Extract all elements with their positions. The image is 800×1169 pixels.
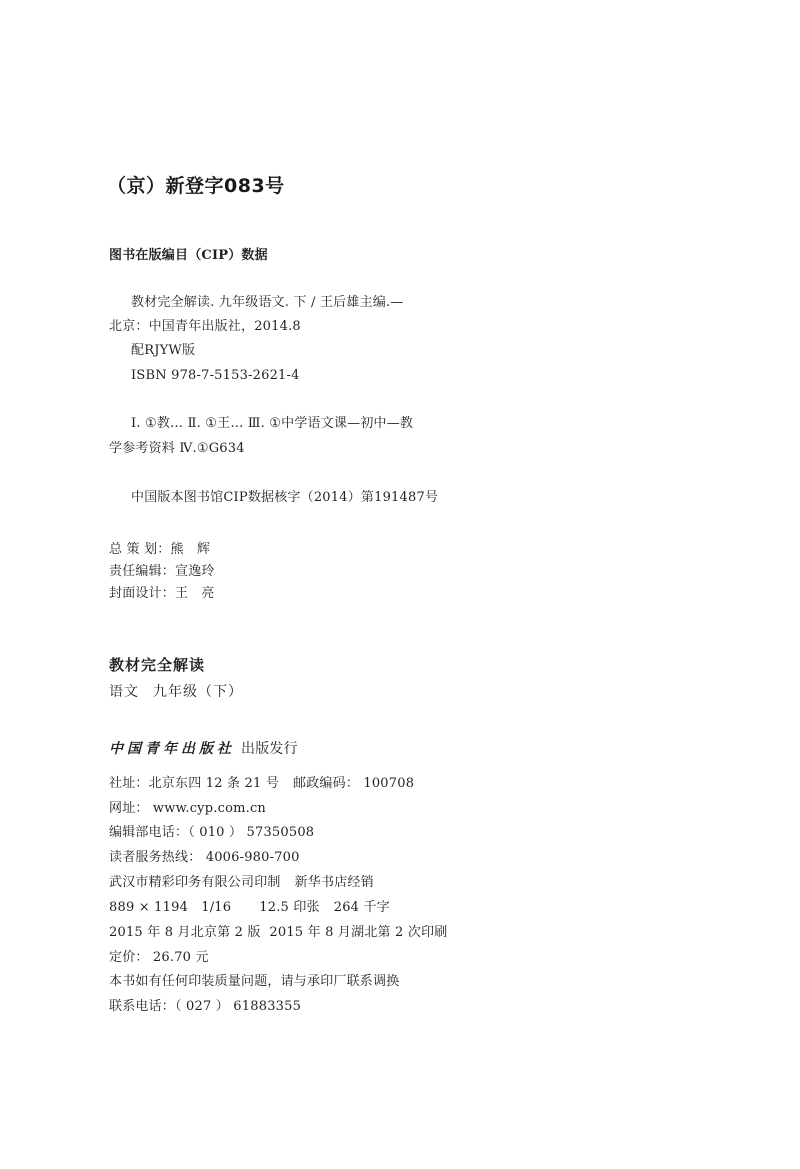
cip-classification-2: 学参考资料 Ⅳ.①G634 [109, 441, 245, 457]
publisher-website: 网址： www.cyp.com.cn [109, 801, 266, 817]
sheets: 12.5 印张 [259, 900, 319, 915]
publisher-postcode: 邮政编码： 100708 [293, 776, 414, 791]
format: 889 × 1194 1/16 [109, 900, 231, 915]
publisher-address: 社址：北京东四 12 条 21 号 [109, 776, 279, 791]
book-grade: 九年级（下） [153, 684, 243, 700]
credit-name: 熊 辉 [170, 542, 210, 557]
book-subject-grade: 语文九年级（下） [109, 683, 243, 701]
cip-line-publisher: 北京：中国青年出版社，2014.8 [109, 319, 301, 335]
publisher-address-line: 社址：北京东四 12 条 21 号邮政编码： 100708 [109, 776, 414, 792]
book-title: 教材完全解读 [109, 655, 205, 675]
distributor: 新华书店经销 [295, 875, 374, 890]
credit-name: 宣逸玲 [175, 564, 215, 579]
edition-line: 2015 年 8 月北京第 2 版 2015 年 8 月湖北第 2 次印刷 [109, 925, 447, 941]
book-subject: 语文 [109, 684, 139, 700]
publisher-action: 出版发行 [241, 741, 298, 757]
credit-cover-designer: 封面设计：王 亮 [109, 586, 215, 602]
credit-role: 总 策 划： [109, 542, 170, 557]
credit-role: 责任编辑： [109, 564, 175, 579]
cip-line-isbn: ISBN 978-7-5153-2621-4 [131, 368, 300, 384]
edition: 2015 年 8 月北京第 2 版 [109, 925, 261, 940]
format-line: 889 × 1194 1/1612.5 印张264 千字 [109, 900, 390, 916]
credit-editor: 责任编辑：宣逸玲 [109, 564, 215, 580]
quality-notice: 本书如有任何印装质量问题，请与承印厂联系调换 [109, 974, 399, 990]
cip-line-title: 教材完全解读. 九年级语文. 下 / 王后雄主编.— [131, 295, 404, 311]
publisher-logo: 中国青年出版社 [109, 741, 235, 757]
price: 定价： 26.70 元 [109, 950, 209, 966]
contact-phone: 联系电话：（ 027 ） 61883355 [109, 999, 301, 1015]
words: 264 千字 [334, 900, 390, 915]
printer: 武汉市精彩印务有限公司印制 [109, 875, 281, 890]
printer-line: 武汉市精彩印务有限公司印制新华书店经销 [109, 875, 374, 891]
cip-heading: 图书在版编目（CIP）数据 [109, 248, 268, 264]
credit-name: 王 亮 [175, 586, 215, 601]
registration-number: （京）新登字083号 [107, 174, 285, 198]
copyright-page: （京）新登字083号 图书在版编目（CIP）数据 教材完全解读. 九年级语文. … [0, 0, 800, 1169]
editorial-phone: 编辑部电话：（ 010 ） 57350508 [109, 825, 314, 841]
cip-classification-1: Ⅰ. ①教… Ⅱ. ①王… Ⅲ. ①中学语文课—初中—教 [131, 416, 413, 432]
publisher-line: 中国青年出版社出版发行 [109, 740, 298, 758]
reader-hotline: 读者服务热线： 4006-980-700 [109, 850, 300, 866]
cip-verification: 中国版本图书馆CIP数据核字（2014）第191487号 [131, 490, 438, 506]
credit-role: 封面设计： [109, 586, 175, 601]
credit-planner: 总 策 划：熊 辉 [109, 542, 210, 558]
impression: 2015 年 8 月湖北第 2 次印刷 [269, 925, 447, 940]
cip-line-edition: 配RJYW版 [131, 343, 195, 359]
